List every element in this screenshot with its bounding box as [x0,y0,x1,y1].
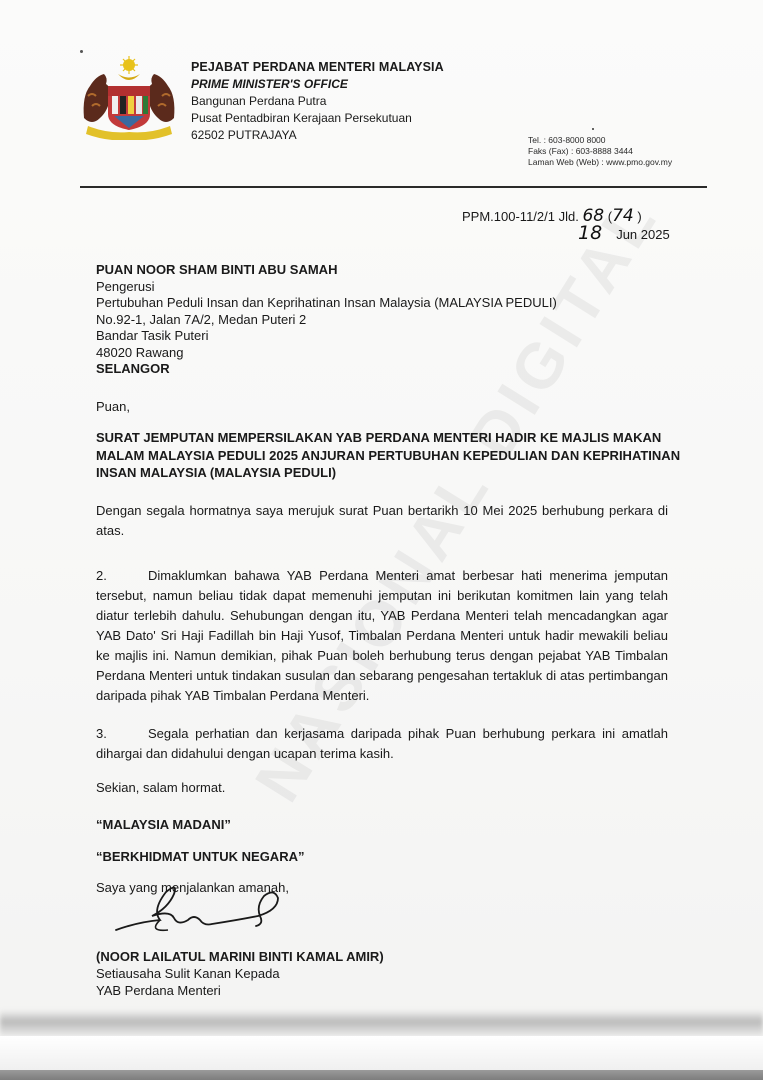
malaysia-coat-of-arms-icon [78,56,180,140]
office-address-line: Pusat Pentadbiran Kerajaan Persekutuan [191,110,444,127]
office-name-en: PRIME MINISTER'S OFFICE [191,76,444,93]
letter-date: 18Jun 2025 [578,222,670,244]
motto-berkhidmat: “BERKHIDMAT UNTUK NEGARA” [96,849,304,864]
signatory-name: (NOOR LAILATUL MARINI BINTI KAMAL AMIR) [96,949,384,964]
recipient-organisation: Pertubuhan Peduli Insan dan Keprihatinan… [96,295,557,312]
office-fax: Faks (Fax) : 603-8888 3444 [528,146,672,157]
office-name-ms: PEJABAT PERDANA MENTERI MALAYSIA [191,59,444,76]
office-web: Laman Web (Web) : www.pmo.gov.my [528,157,672,168]
recipient-address: PUAN NOOR SHAM BINTI ABU SAMAH Pengerusi… [96,262,557,378]
recipient-address-line: 48020 Rawang [96,345,557,362]
recipient-address-line: Bandar Tasik Puteri [96,328,557,345]
paragraph-text: Segala perhatian dan kerjasama daripada … [96,726,668,761]
letterhead-divider [80,186,707,188]
recipient-state: SELANGOR [96,361,557,378]
letter-subject: SURAT JEMPUTAN MEMPERSILAKAN YAB PERDANA… [96,429,696,482]
handwritten-signature-icon [108,880,298,940]
paper-bottom-edge [0,1070,763,1080]
paragraph-text: Dimaklumkan bahawa YAB Perdana Menteri a… [96,568,668,703]
signatory-position-line: YAB Perdana Menteri [96,983,221,998]
paragraph-number: 2. [96,566,148,586]
letterhead: PEJABAT PERDANA MENTERI MALAYSIA PRIME M… [191,59,444,144]
office-address-line: 62502 PUTRAJAYA [191,127,444,144]
day-handwritten: 18 [578,222,602,244]
signatory-position-line: Setiausaha Sulit Kanan Kepada [96,966,280,981]
paper-speck [80,50,83,53]
closing-regards: Sekian, salam hormat. [96,780,225,795]
recipient-title: Pengerusi [96,279,557,296]
paragraph-3: 3.Segala perhatian dan kerjasama daripad… [96,724,668,764]
office-tel: Tel. : 603-8000 8000 [528,135,672,146]
salutation: Puan, [96,399,130,414]
motto-malaysia-madani: “MALAYSIA MADANI” [96,817,231,832]
month-year: Jun 2025 [616,227,670,242]
office-address-line: Bangunan Perdana Putra [191,93,444,110]
contact-block: Tel. : 603-8000 8000 Faks (Fax) : 603-88… [528,135,672,168]
paragraph-number: 3. [96,724,148,744]
paragraph-1: Dengan segala hormatnya saya merujuk sur… [96,501,668,541]
recipient-name: PUAN NOOR SHAM BINTI ABU SAMAH [96,262,557,279]
ink-dot [592,128,594,130]
paper-fold-shadow [0,1010,763,1036]
recipient-address-line: No.92-1, Jalan 7A/2, Medan Puteri 2 [96,312,557,329]
file-ref-number: PPM.100-11/2/1 Jld. [462,209,579,224]
paper-fold-flap [0,1036,763,1070]
paragraph-2: 2.Dimaklumkan bahawa YAB Perdana Menteri… [96,566,668,706]
